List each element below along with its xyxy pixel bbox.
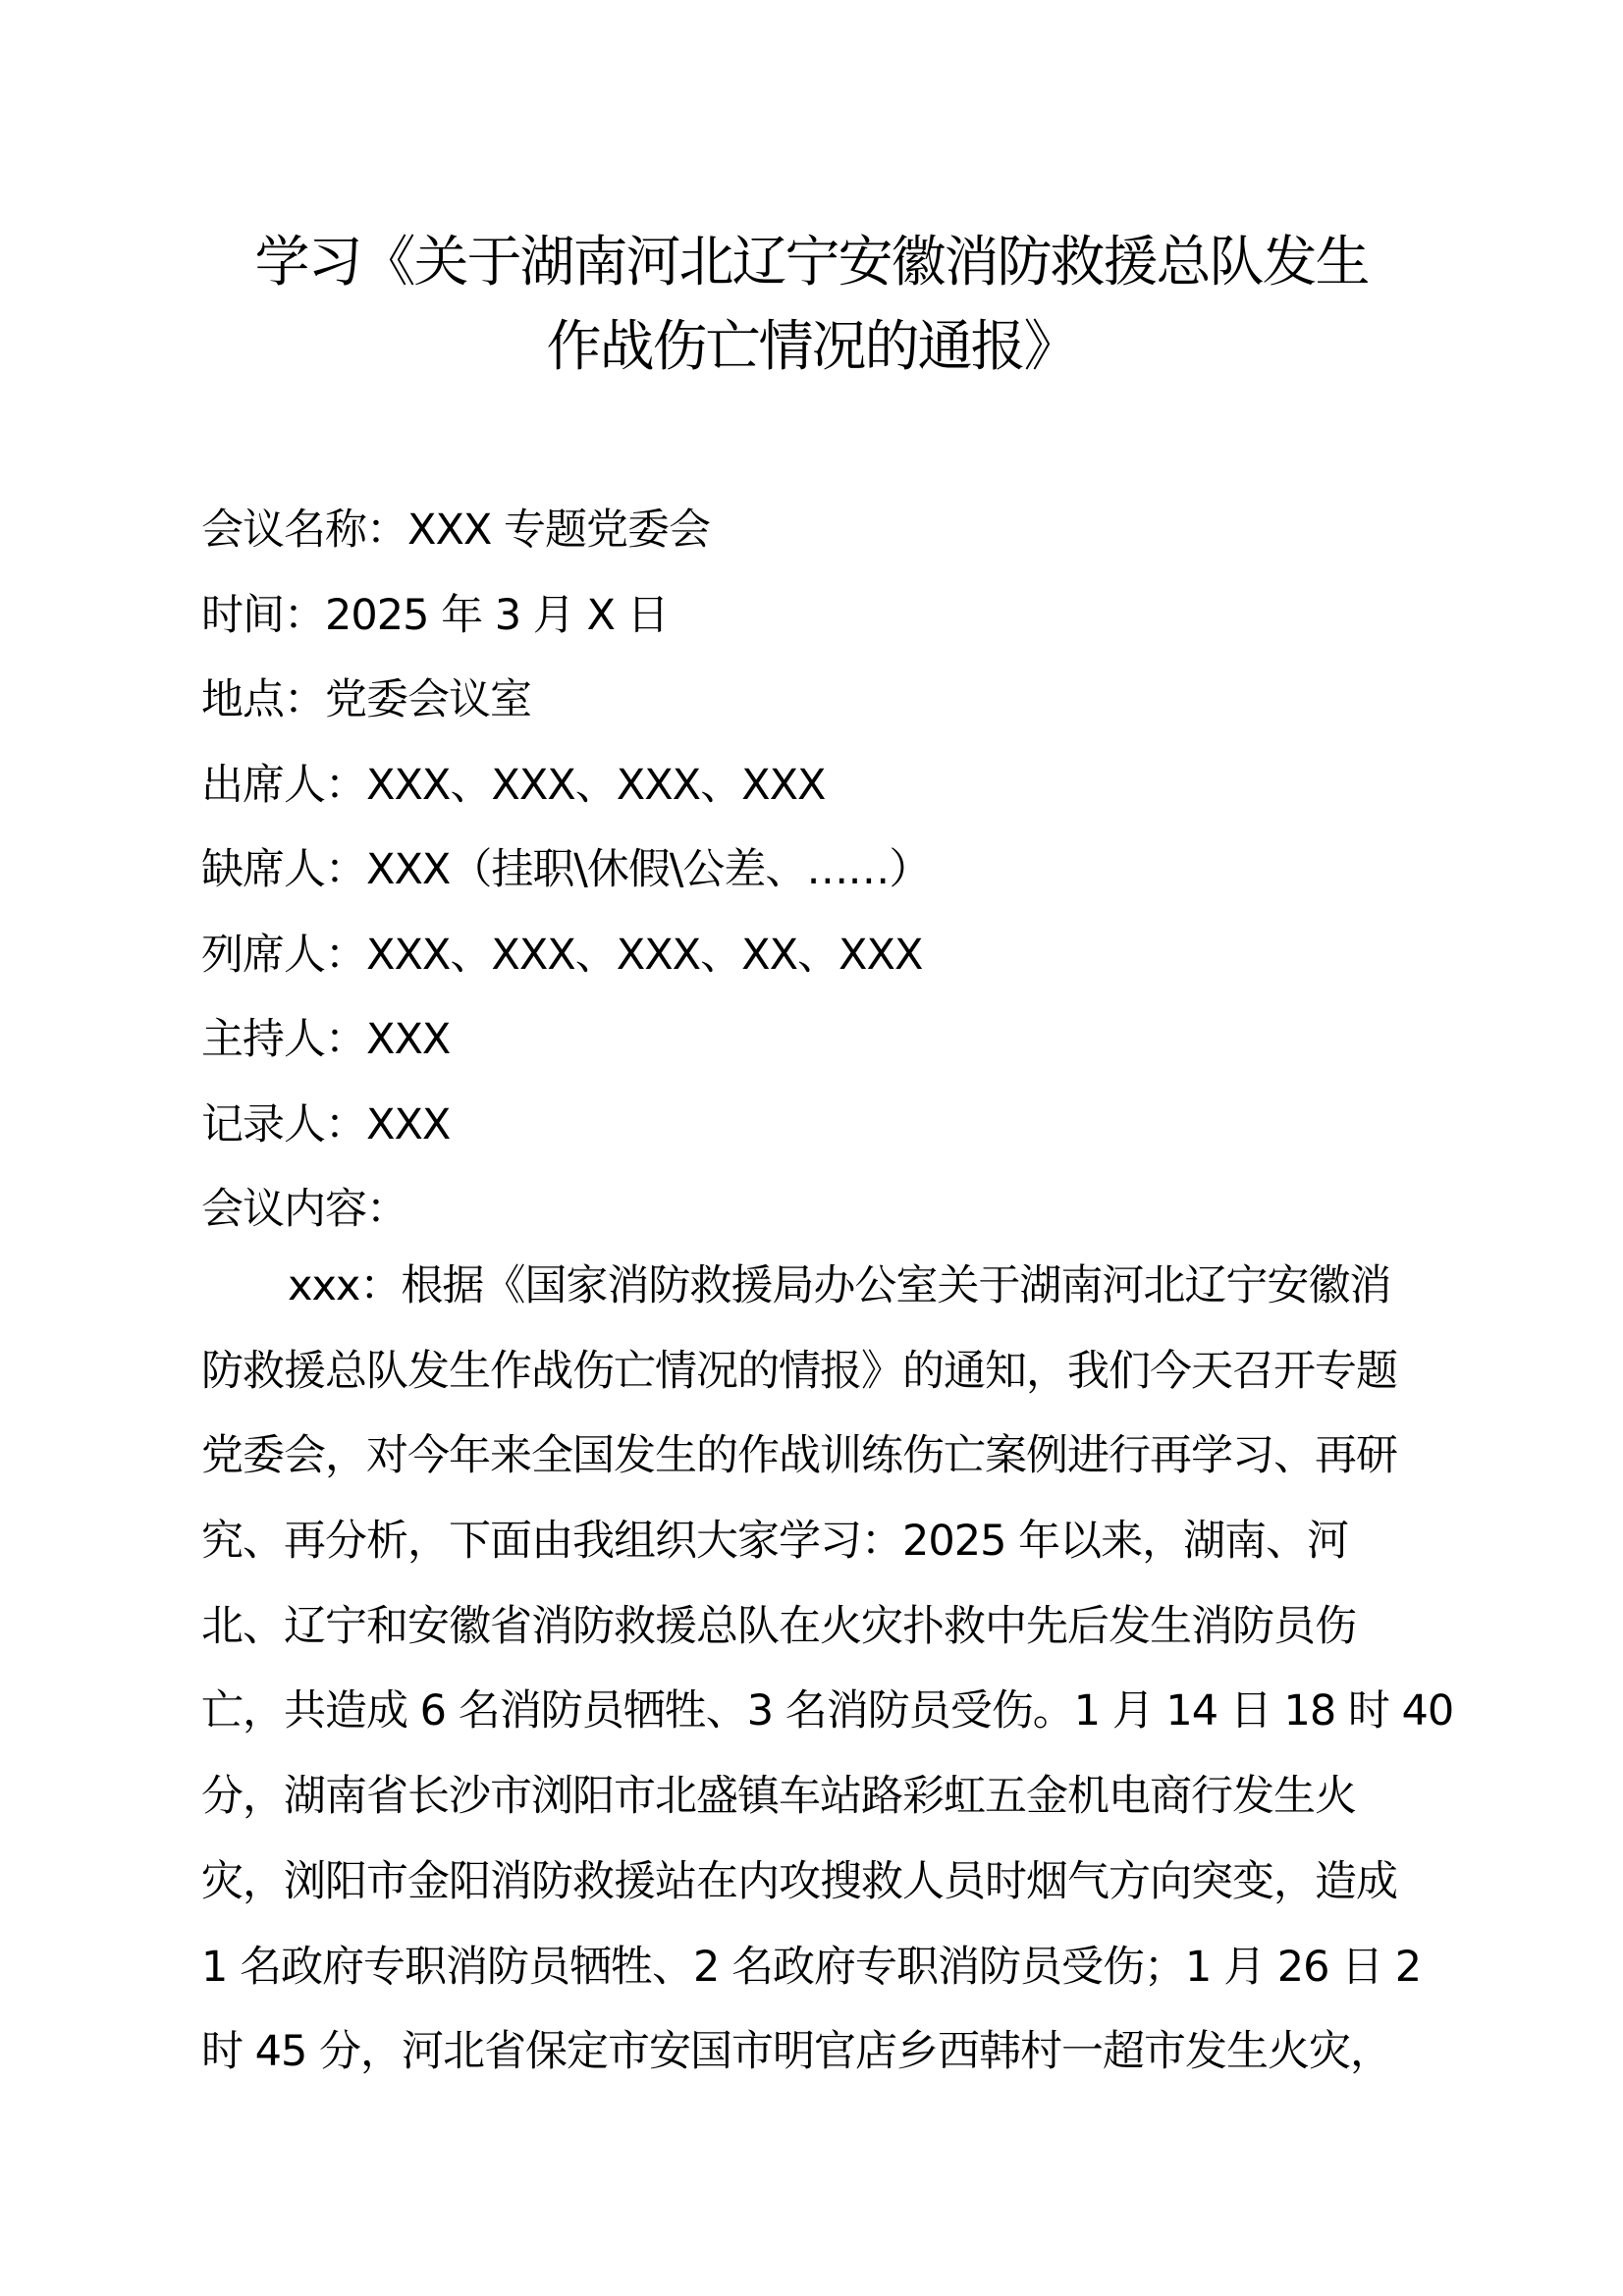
meeting-time-value: 2025 年 3 月 X 日 xyxy=(325,591,669,640)
title-line-2: 作战伤亡情况的通报》 xyxy=(147,305,1476,390)
recorder-value: XXX xyxy=(366,1100,450,1149)
content-line: 1 名政府专职消防员牺牲、2 名政府专职消防员受伤；1 月 26 日 2 xyxy=(201,1925,1478,2010)
document-title: 学习《关于湖南河北辽宁安徽消防救援总队发生 作战伤亡情况的通报》 xyxy=(147,221,1476,390)
meeting-content-row: 会议内容： xyxy=(201,1167,930,1253)
recorder-row: 记录人：XXX xyxy=(201,1083,930,1168)
recorder-label: 记录人： xyxy=(201,1100,366,1149)
content-line: 灾，浏阳市金阳消防救援站在内攻搜救人员时烟气方向突变，造成 xyxy=(201,1840,1478,1925)
content-line: 党委会，对今年来全国发生的作战训练伤亡案例进行再学习、再研 xyxy=(201,1414,1478,1499)
meeting-name-label: 会议名称： xyxy=(201,506,407,555)
absentees-label: 缺席人： xyxy=(201,845,366,894)
meeting-name-row: 会议名称：XXX 专题党委会 xyxy=(201,488,930,573)
content-line: 防救援总队发生作战伤亡情况的情报》的通知，我们今天召开专题 xyxy=(201,1329,1478,1415)
observers-row: 列席人：XXX、XXX、XXX、XX、XXX xyxy=(201,913,930,998)
observers-label: 列席人： xyxy=(201,931,366,980)
meeting-content-paragraph: xxx：根据《国家消防救援局办公室关于湖南河北辽宁安徽消 防救援总队发生作战伤亡… xyxy=(201,1244,1478,2095)
host-label: 主持人： xyxy=(201,1015,366,1064)
observers-value: XXX、XXX、XXX、XX、XXX xyxy=(366,931,922,980)
content-line: 亡，共造成 6 名消防员牺牲、3 名消防员受伤。1 月 14 日 18 时 40 xyxy=(201,1669,1478,1754)
content-line: xxx：根据《国家消防救援局办公室关于湖南河北辽宁安徽消 xyxy=(201,1244,1478,1329)
meeting-content-label: 会议内容： xyxy=(201,1185,407,1234)
content-line: 分，湖南省长沙市浏阳市北盛镇车站路彩虹五金机电商行发生火 xyxy=(201,1754,1478,1840)
attendees-value: XXX、XXX、XXX、XXX xyxy=(366,761,826,810)
attendees-row: 出席人：XXX、XXX、XXX、XXX xyxy=(201,743,930,828)
meeting-info-list: 会议名称：XXX 专题党委会 时间：2025 年 3 月 X 日 地点：党委会议… xyxy=(201,488,930,1253)
meeting-location-label: 地点： xyxy=(201,675,325,724)
title-line-1: 学习《关于湖南河北辽宁安徽消防救援总队发生 xyxy=(147,221,1476,305)
meeting-time-label: 时间： xyxy=(201,591,325,640)
meeting-location-row: 地点：党委会议室 xyxy=(201,658,930,743)
absentees-row: 缺席人：XXX（挂职\休假\公差、……） xyxy=(201,828,930,913)
meeting-time-row: 时间：2025 年 3 月 X 日 xyxy=(201,573,930,659)
content-line: 究、再分析，下面由我组织大家学习：2025 年以来，湖南、河 xyxy=(201,1499,1478,1584)
attendees-label: 出席人： xyxy=(201,761,366,810)
host-row: 主持人：XXX xyxy=(201,997,930,1083)
host-value: XXX xyxy=(366,1015,450,1064)
content-line: 北、辽宁和安徽省消防救援总队在火灾扑救中先后发生消防员伤 xyxy=(201,1584,1478,1670)
meeting-location-value: 党委会议室 xyxy=(325,675,531,724)
meeting-name-value: XXX 专题党委会 xyxy=(407,506,710,555)
absentees-value: XXX（挂职\休假\公差、……） xyxy=(366,845,930,894)
content-line: 时 45 分，河北省保定市安国市明官店乡西韩村一超市发生火灾， xyxy=(201,2009,1478,2095)
document-page: 学习《关于湖南河北辽宁安徽消防救援总队发生 作战伤亡情况的通报》 会议名称：XX… xyxy=(0,0,1623,2296)
